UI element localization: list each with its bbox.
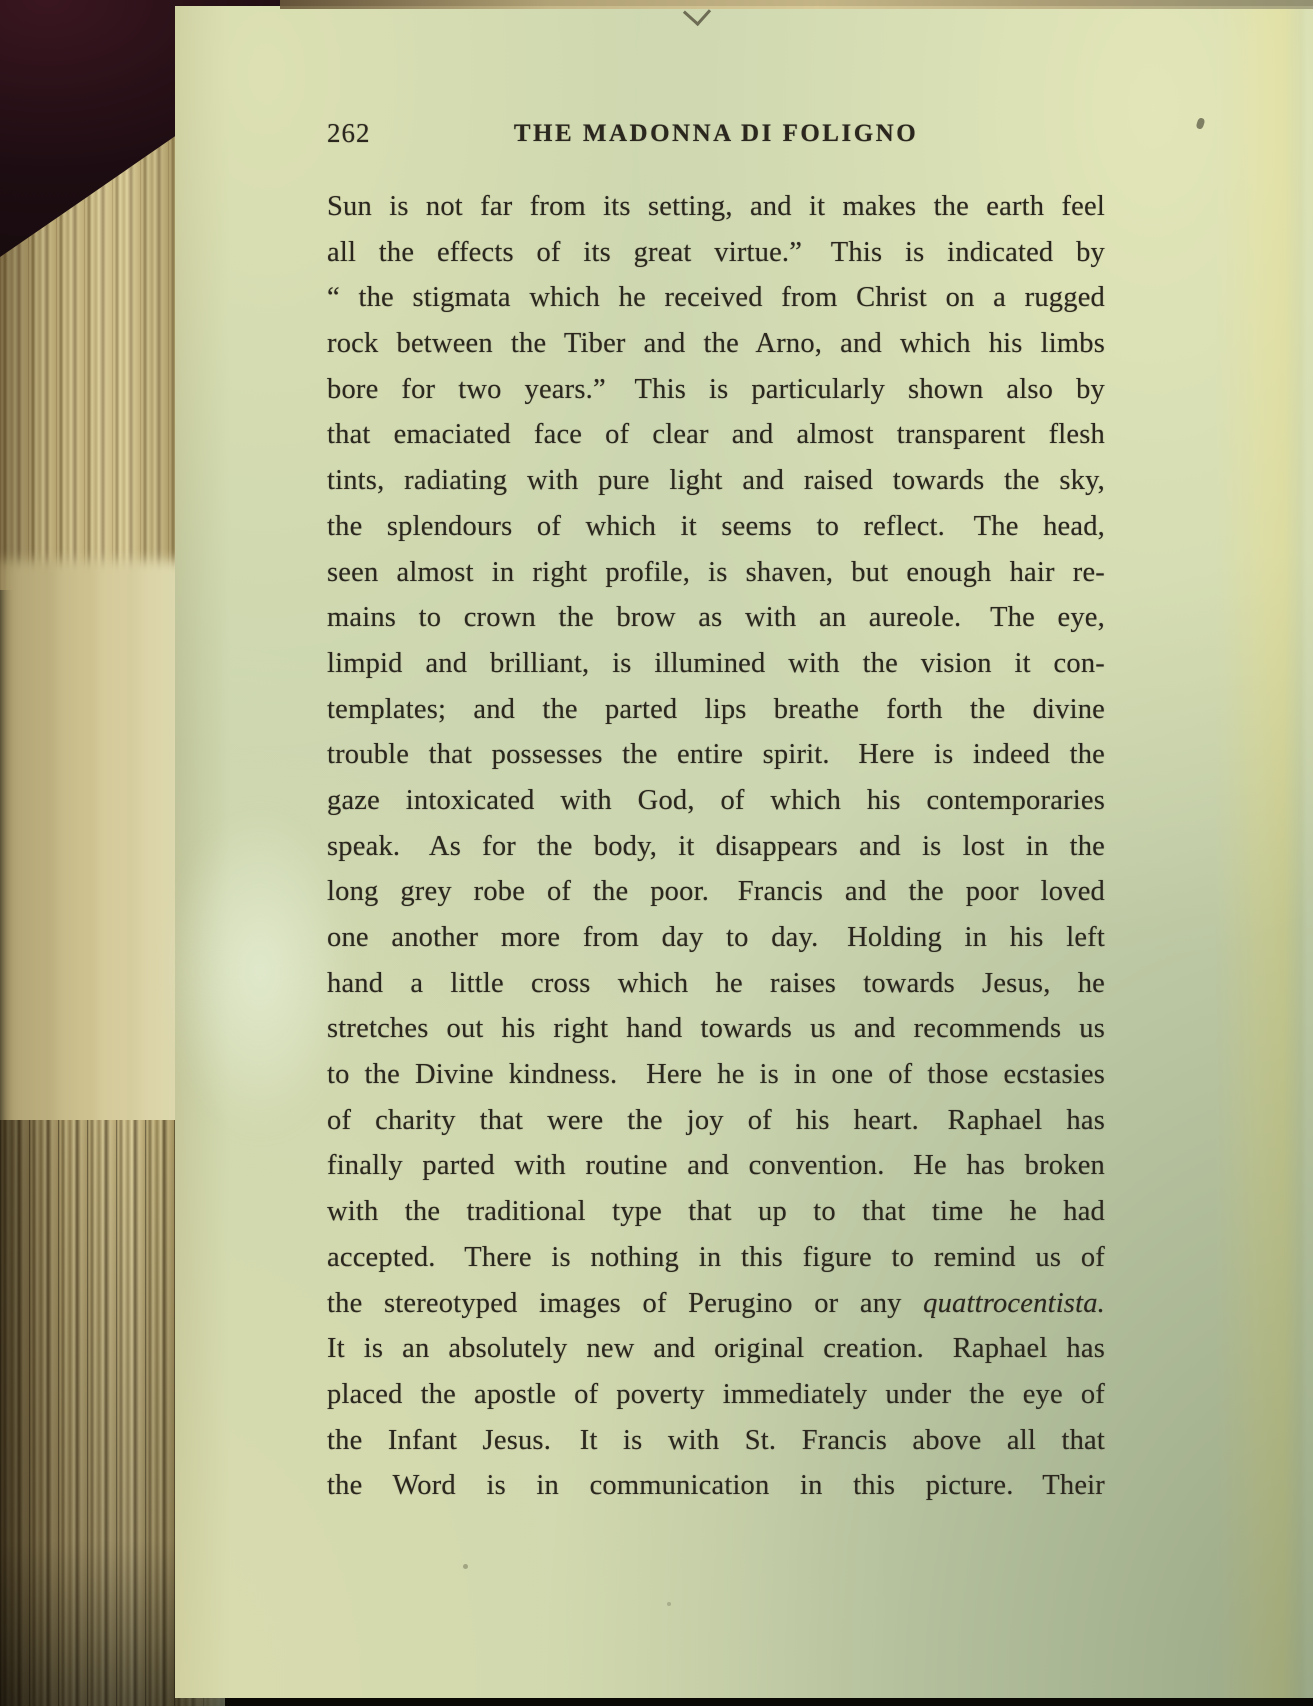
text-line: long grey robe of the poor. Francis and … [327, 869, 1105, 915]
text-segment: quattrocentista. [923, 1288, 1105, 1319]
text-segment: the Infant Jesus. It is with St. Francis… [327, 1425, 1105, 1456]
text-segment: accepted. There is nothing in this figur… [327, 1242, 1105, 1273]
text-segment: the Word is in communication in this pic… [327, 1470, 1105, 1501]
text-segment: Sun is not far from its setting, and it … [327, 191, 1105, 222]
text-line: hand a little cross which he raises towa… [327, 961, 1105, 1007]
text-segment: hand a little cross which he raises towa… [327, 968, 1105, 999]
text-line: that emaciated face of clear and almost … [327, 412, 1105, 458]
text-line: rock between the Tiber and the Arno, and… [327, 321, 1105, 367]
text-line: accepted. There is nothing in this figur… [327, 1235, 1105, 1281]
text-segment: trouble that possesses the entire spirit… [327, 739, 1105, 770]
text-segment: seen almost in right profile, is shaven,… [327, 557, 1105, 588]
text-line: stretches out his right hand towards us … [327, 1006, 1105, 1052]
text-segment: finally parted with routine and conventi… [327, 1150, 1105, 1181]
text-segment: stretches out his right hand towards us … [327, 1013, 1105, 1044]
text-segment: gaze intoxicated with God, of which his … [327, 785, 1105, 816]
text-segment: templates; and the parted lips breathe f… [327, 694, 1105, 725]
text-line: the splendours of which it seems to refl… [327, 504, 1105, 550]
text-segment: the splendours of which it seems to refl… [327, 511, 1105, 542]
text-segment: with the traditional type that up to tha… [327, 1196, 1105, 1227]
printed-content: 262 THE MADONNA DI FOLIGNO Sun is not fa… [327, 6, 1105, 1698]
text-segment: “ the stigmata which he received from Ch… [327, 282, 1105, 313]
book-page: 262 THE MADONNA DI FOLIGNO Sun is not fa… [175, 6, 1313, 1698]
body-text: Sun is not far from its setting, and it … [327, 184, 1105, 1509]
text-segment: placed the apostle of poverty immediatel… [327, 1379, 1105, 1410]
text-line: “ the stigmata which he received from Ch… [327, 275, 1105, 321]
text-line: Sun is not far from its setting, and it … [327, 184, 1105, 230]
text-segment: limpid and brilliant, is illumined with … [327, 648, 1105, 679]
text-segment: speak. As for the body, it disappears an… [327, 831, 1105, 862]
text-line: gaze intoxicated with God, of which his … [327, 778, 1105, 824]
text-line: the Word is in communication in this pic… [327, 1463, 1105, 1509]
text-segment: to the Divine kindness. Here he is in on… [327, 1059, 1105, 1090]
text-line: with the traditional type that up to tha… [327, 1189, 1105, 1235]
text-line: speak. As for the body, it disappears an… [327, 824, 1105, 870]
text-segment: the stereotyped images of Perugino or an… [327, 1288, 923, 1319]
text-segment: that emaciated face of clear and almost … [327, 419, 1105, 450]
text-line: tints, radiating with pure light and rai… [327, 458, 1105, 504]
text-line: one another more from day to day. Holdin… [327, 915, 1105, 961]
text-line: bore for two years.” This is particularl… [327, 367, 1105, 413]
text-line: of charity that were the joy of his hear… [327, 1098, 1105, 1144]
text-segment: one another more from day to day. Holdin… [327, 922, 1105, 953]
text-segment: bore for two years.” This is particularl… [327, 374, 1105, 405]
page-header: 262 THE MADONNA DI FOLIGNO [327, 118, 1105, 158]
running-head: THE MADONNA DI FOLIGNO [327, 120, 1105, 148]
text-line: the stereotyped images of Perugino or an… [327, 1281, 1105, 1327]
scan-speck [1195, 117, 1205, 130]
text-line: limpid and brilliant, is illumined with … [327, 641, 1105, 687]
text-line: finally parted with routine and conventi… [327, 1143, 1105, 1189]
text-segment: mains to crown the brow as with an aureo… [327, 602, 1105, 633]
text-segment: rock between the Tiber and the Arno, and… [327, 328, 1105, 359]
book-photo: 262 THE MADONNA DI FOLIGNO Sun is not fa… [0, 0, 1313, 1706]
text-line: seen almost in right profile, is shaven,… [327, 550, 1105, 596]
text-segment: long grey robe of the poor. Francis and … [327, 876, 1105, 907]
text-segment: of charity that were the joy of his hear… [327, 1105, 1105, 1136]
text-line: placed the apostle of poverty immediatel… [327, 1372, 1105, 1418]
text-line: trouble that possesses the entire spirit… [327, 732, 1105, 778]
text-segment: all the effects of its great virtue.” Th… [327, 237, 1105, 268]
text-line: to the Divine kindness. Here he is in on… [327, 1052, 1105, 1098]
text-line: mains to crown the brow as with an aureo… [327, 595, 1105, 641]
text-line: the Infant Jesus. It is with St. Francis… [327, 1418, 1105, 1464]
text-segment: tints, radiating with pure light and rai… [327, 465, 1105, 496]
text-line: It is an absolutely new and original cre… [327, 1326, 1105, 1372]
text-segment: It is an absolutely new and original cre… [327, 1333, 1105, 1364]
text-line: all the effects of its great virtue.” Th… [327, 230, 1105, 276]
text-line: templates; and the parted lips breathe f… [327, 687, 1105, 733]
